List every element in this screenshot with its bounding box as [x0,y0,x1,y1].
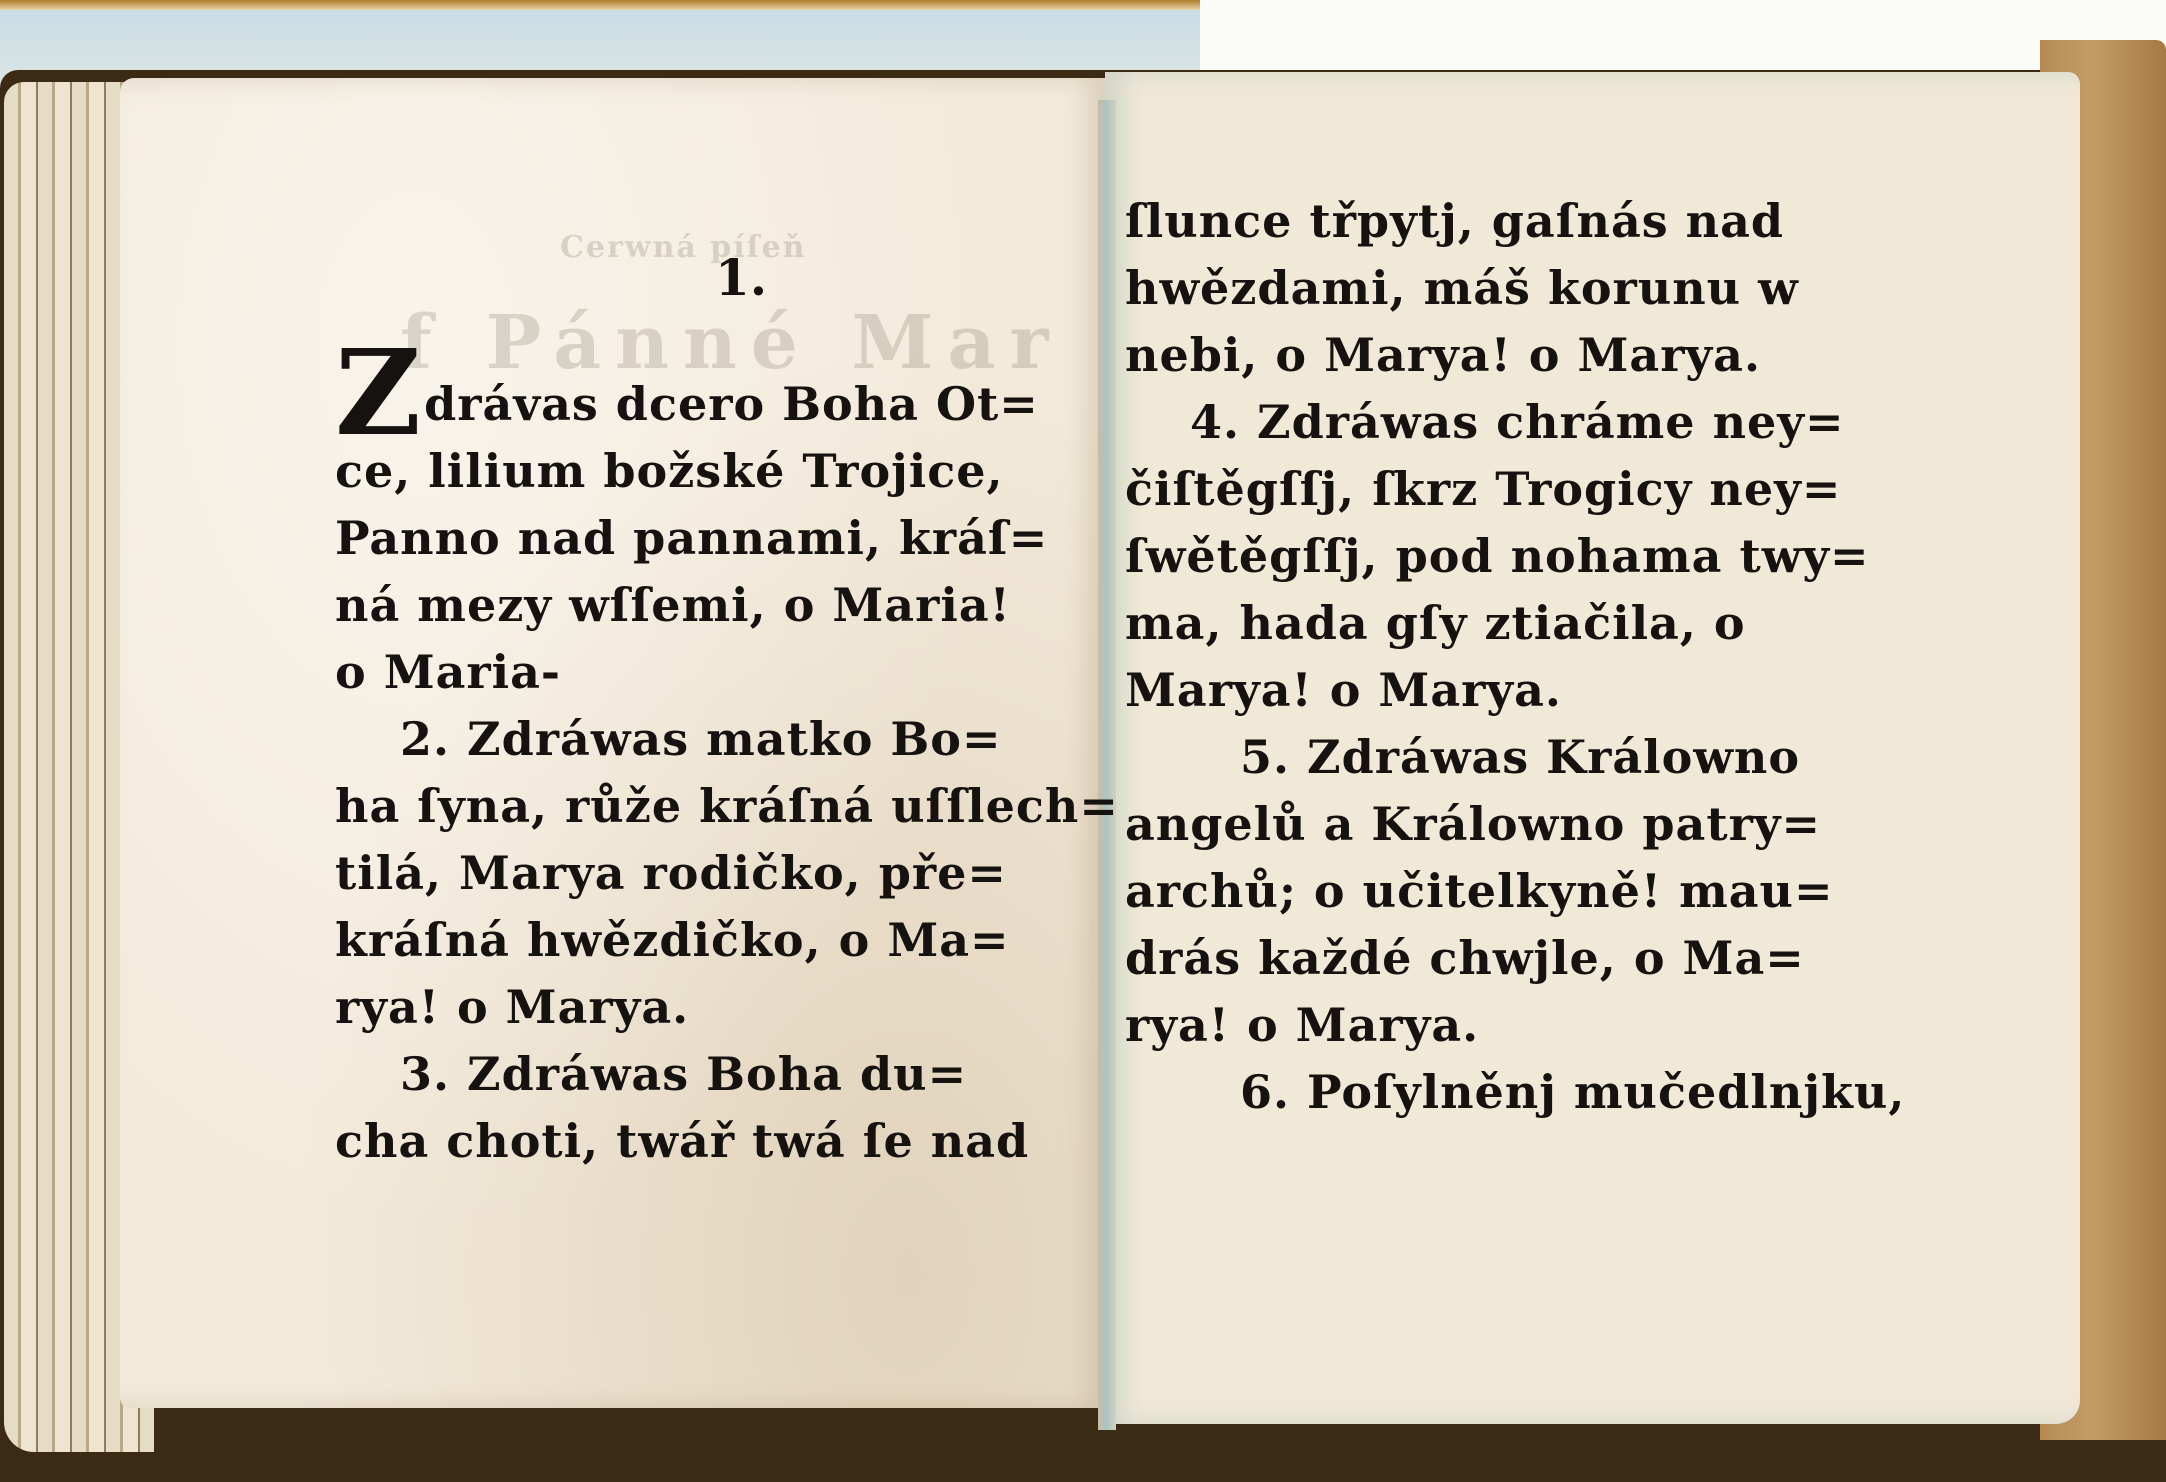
text-line: rya! o Marya. [1125,992,1915,1059]
text-line: kráſná hwězdičko, o Ma= [335,907,1105,974]
left-page-text: Zdrávas dcero Boha Ot= ce, lilium božské… [335,248,1105,1175]
text-line: ſlunce třpytj, gaſnás nad [1125,188,1915,255]
text-line: ha ſyna, růže kráſná uſſlech= [335,773,1105,840]
text-line: tilá, Marya rodičko, pře= [335,840,1105,907]
verse-start-line: 4. Zdráwas chráme ney= [1125,389,1915,456]
text-line: Zdrávas dcero Boha Ot= [335,353,1105,438]
line-text: drávas dcero Boha Ot= [424,377,1039,431]
text-line: archů; o učitelkyně! mau= [1125,858,1915,925]
text-line: ná mezy wſſemi, o Maria! [335,572,1105,639]
text-line: nebi, o Marya! o Marya. [1125,322,1915,389]
text-line: Panno nad pannami, kráſ= [335,505,1105,572]
verse-start-line: 6. Poſylněnj mučedlnjku, [1125,1059,1915,1126]
right-page-text: ſlunce třpytj, gaſnás nad hwězdami, máš … [1125,188,1915,1126]
verse-start-line: 2. Zdráwas matko Bo= [335,706,1105,773]
text-line: hwězdami, máš korunu w [1125,255,1915,322]
verse-start-line: 3. Zdráwas Boha du= [335,1041,1105,1108]
text-line: o Maria- [335,639,1105,706]
text-line: ce, lilium božské Trojice, [335,438,1105,505]
text-line: Marya! o Marya. [1125,657,1915,724]
text-line: cha choti, twář twá ſe nad [335,1108,1105,1175]
text-line: čiſtěgſſj, ſkrz Trogicy ney= [1125,456,1915,523]
text-line: ſwětěgſſj, pod nohama twy= [1125,523,1915,590]
text-line: ma, hada gſy ztiačila, o [1125,590,1915,657]
text-line: angelů a Králowno patry= [1125,791,1915,858]
verse-start-line: 5. Zdráwas Králowno [1125,724,1915,791]
text-line: rya! o Marya. [335,974,1105,1041]
text-line: drás každé chwjle, o Ma= [1125,925,1915,992]
